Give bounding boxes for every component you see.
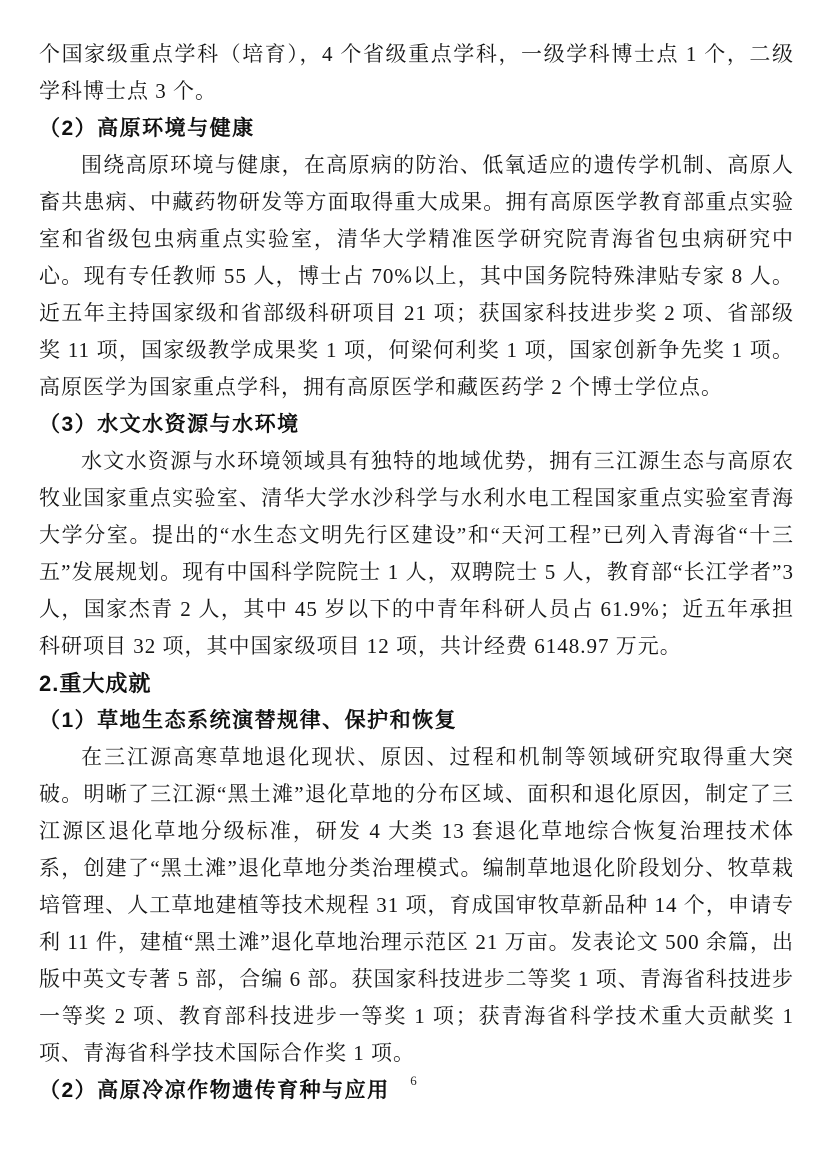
paragraph-grassland-ecosystem: 在三江源高寒草地退化现状、原因、过程和机制等领域研究取得重大突破。明晰了三江源“… <box>39 739 794 1072</box>
heading-grassland-ecosystem: （1）草地生态系统演替规律、保护和恢复 <box>39 702 794 739</box>
paragraph-water-resources: 水文水资源与水环境领域具有独特的地域优势，拥有三江源生态与高原农牧业国家重点实验… <box>39 443 794 665</box>
page-number: 6 <box>410 1073 417 1088</box>
heading-water-resources: （3）水文水资源与水环境 <box>39 406 794 443</box>
heading-major-achievements: 2.重大成就 <box>39 665 794 702</box>
paragraph-plateau-environment-health: 围绕高原环境与健康，在高原病的防治、低氧适应的遗传学机制、高原人畜共患病、中藏药… <box>39 147 794 406</box>
continued-paragraph: 个国家级重点学科（培育），4 个省级重点学科，一级学科博士点 1 个，二级学科博… <box>39 36 794 110</box>
document-page: 个国家级重点学科（培育），4 个省级重点学科，一级学科博士点 1 个，二级学科博… <box>0 0 827 1170</box>
page-footer: 6 <box>0 1072 827 1090</box>
heading-plateau-environment-health: （2）高原环境与健康 <box>39 110 794 147</box>
page-content: 个国家级重点学科（培育），4 个省级重点学科，一级学科博士点 1 个，二级学科博… <box>39 36 794 1109</box>
